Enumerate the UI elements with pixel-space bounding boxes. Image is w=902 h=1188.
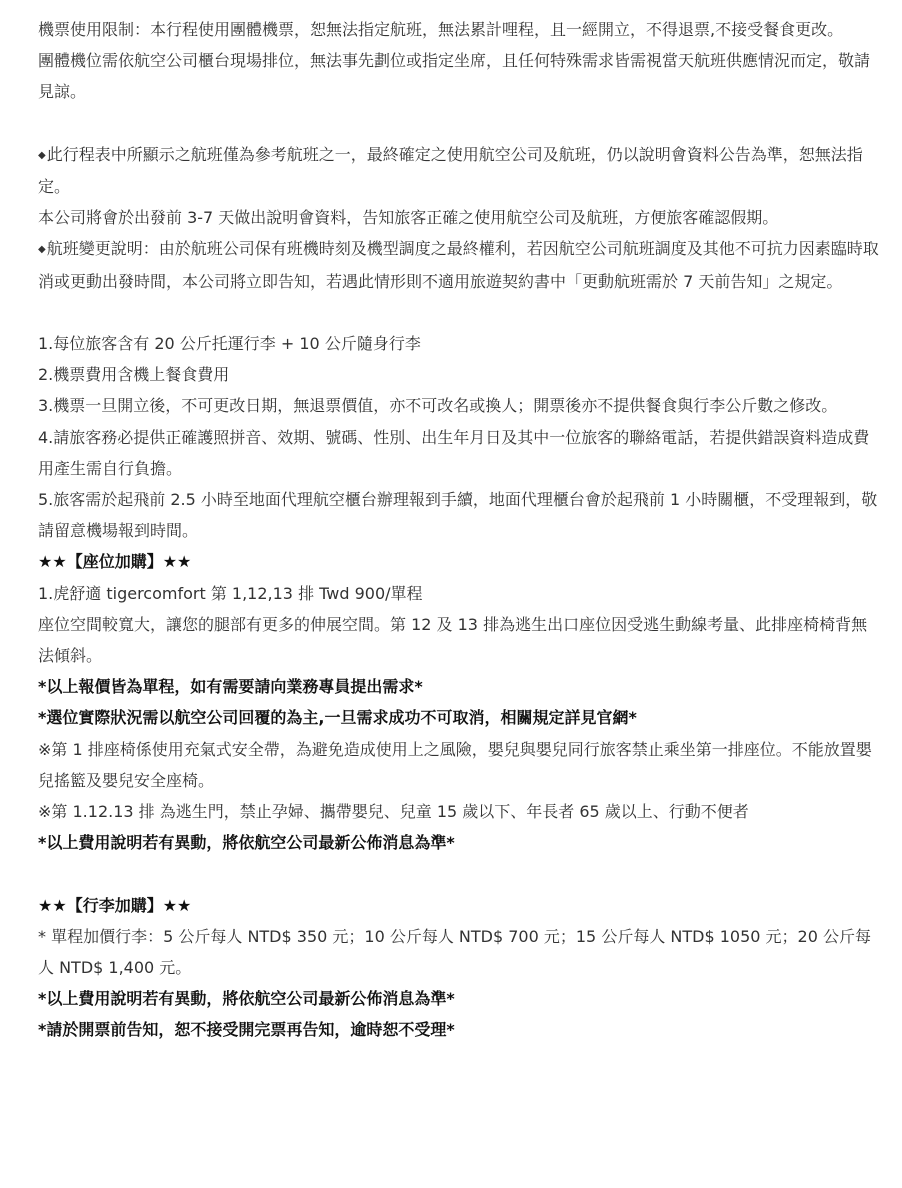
diamond-bullet-icon: ◆ — [38, 150, 46, 161]
diamond-bullet-icon: ◆ — [38, 244, 46, 255]
rule-item: 3.機票一旦開立後，不可更改日期，無退票價值，亦不可改名或換人；開票後亦不提供餐… — [38, 390, 882, 421]
row1-restriction-note: ※第 1 排座椅係使用充氣式安全帶，為避免造成使用上之風險，嬰兒與嬰兒同行旅客禁… — [38, 734, 882, 796]
rule-item: 4.請旅客務必提供正確護照拼音、效期、號碼、性別、出生年月日及其中一位旅客的聯絡… — [38, 422, 882, 484]
briefing-notice-paragraph: 本公司將會於出發前 3-7 天做出說明會資料，告知旅客正確之使用航空公司及航班，… — [38, 202, 882, 233]
seat-price-note: *以上報價皆為單程，如有需要請向業務專員提出需求* — [38, 671, 882, 702]
rule-item: 5.旅客需於起飛前 2.5 小時至地面代理航空櫃台辦理報到手續，地面代理櫃台會於… — [38, 484, 882, 546]
spacer — [38, 297, 882, 328]
baggage-deadline-note: *請於開票前告知，恕不接受開完票再告知，逾時恕不受理* — [38, 1014, 882, 1045]
flight-change-paragraph: ◆航班變更說明：由於航班公司保有班機時刻及機型調度之最終權利，若因航空公司航班調… — [38, 233, 882, 296]
seat-upgrade-description: 座位空間較寬大，讓您的腿部有更多的伸展空間。第 12 及 13 排為逃生出口座位… — [38, 609, 882, 671]
seat-upgrade-item: 1.虎舒適 tigercomfort 第 1,12,13 排 Twd 900/單… — [38, 578, 882, 609]
baggage-fee-change-note: *以上費用說明若有異動，將依航空公司最新公佈消息為準* — [38, 983, 882, 1014]
travel-terms-document: 機票使用限制：本行程使用團體機票，恕無法指定航班，無法累計哩程，且一經開立，不得… — [0, 0, 902, 1046]
baggage-prices: * 單程加價行李：5 公斤每人 NTD$ 350 元；10 公斤每人 NTD$ … — [38, 921, 882, 983]
group-seating-paragraph: 團體機位需依航空公司櫃台現場排位，無法事先劃位或指定坐席，且任何特殊需求皆需視當… — [38, 45, 882, 107]
exit-row-restriction-note: ※第 1.12.13 排 為逃生門，禁止孕婦、攜帶嬰兒、兒童 15 歲以下、年長… — [38, 796, 882, 827]
seat-selection-note: *選位實際狀況需以航空公司回覆的為主,一旦需求成功不可取消，相關規定詳見官網* — [38, 702, 882, 733]
rule-item: 1.每位旅客含有 20 公斤托運行李 + 10 公斤隨身行李 — [38, 328, 882, 359]
seat-fee-change-note: *以上費用說明若有異動，將依航空公司最新公佈消息為準* — [38, 827, 882, 858]
reference-flight-paragraph: ◆此行程表中所顯示之航班僅為參考航班之一，最終確定之使用航空公司及航班，仍以說明… — [38, 139, 882, 202]
ticket-restriction-paragraph: 機票使用限制：本行程使用團體機票，恕無法指定航班，無法累計哩程，且一經開立，不得… — [38, 14, 882, 45]
baggage-upgrade-heading: ★★【行李加購】★★ — [38, 890, 882, 921]
seat-upgrade-heading: ★★【座位加購】★★ — [38, 546, 882, 577]
rule-item: 2.機票費用含機上餐食費用 — [38, 359, 882, 390]
spacer — [38, 858, 882, 889]
spacer — [38, 108, 882, 139]
